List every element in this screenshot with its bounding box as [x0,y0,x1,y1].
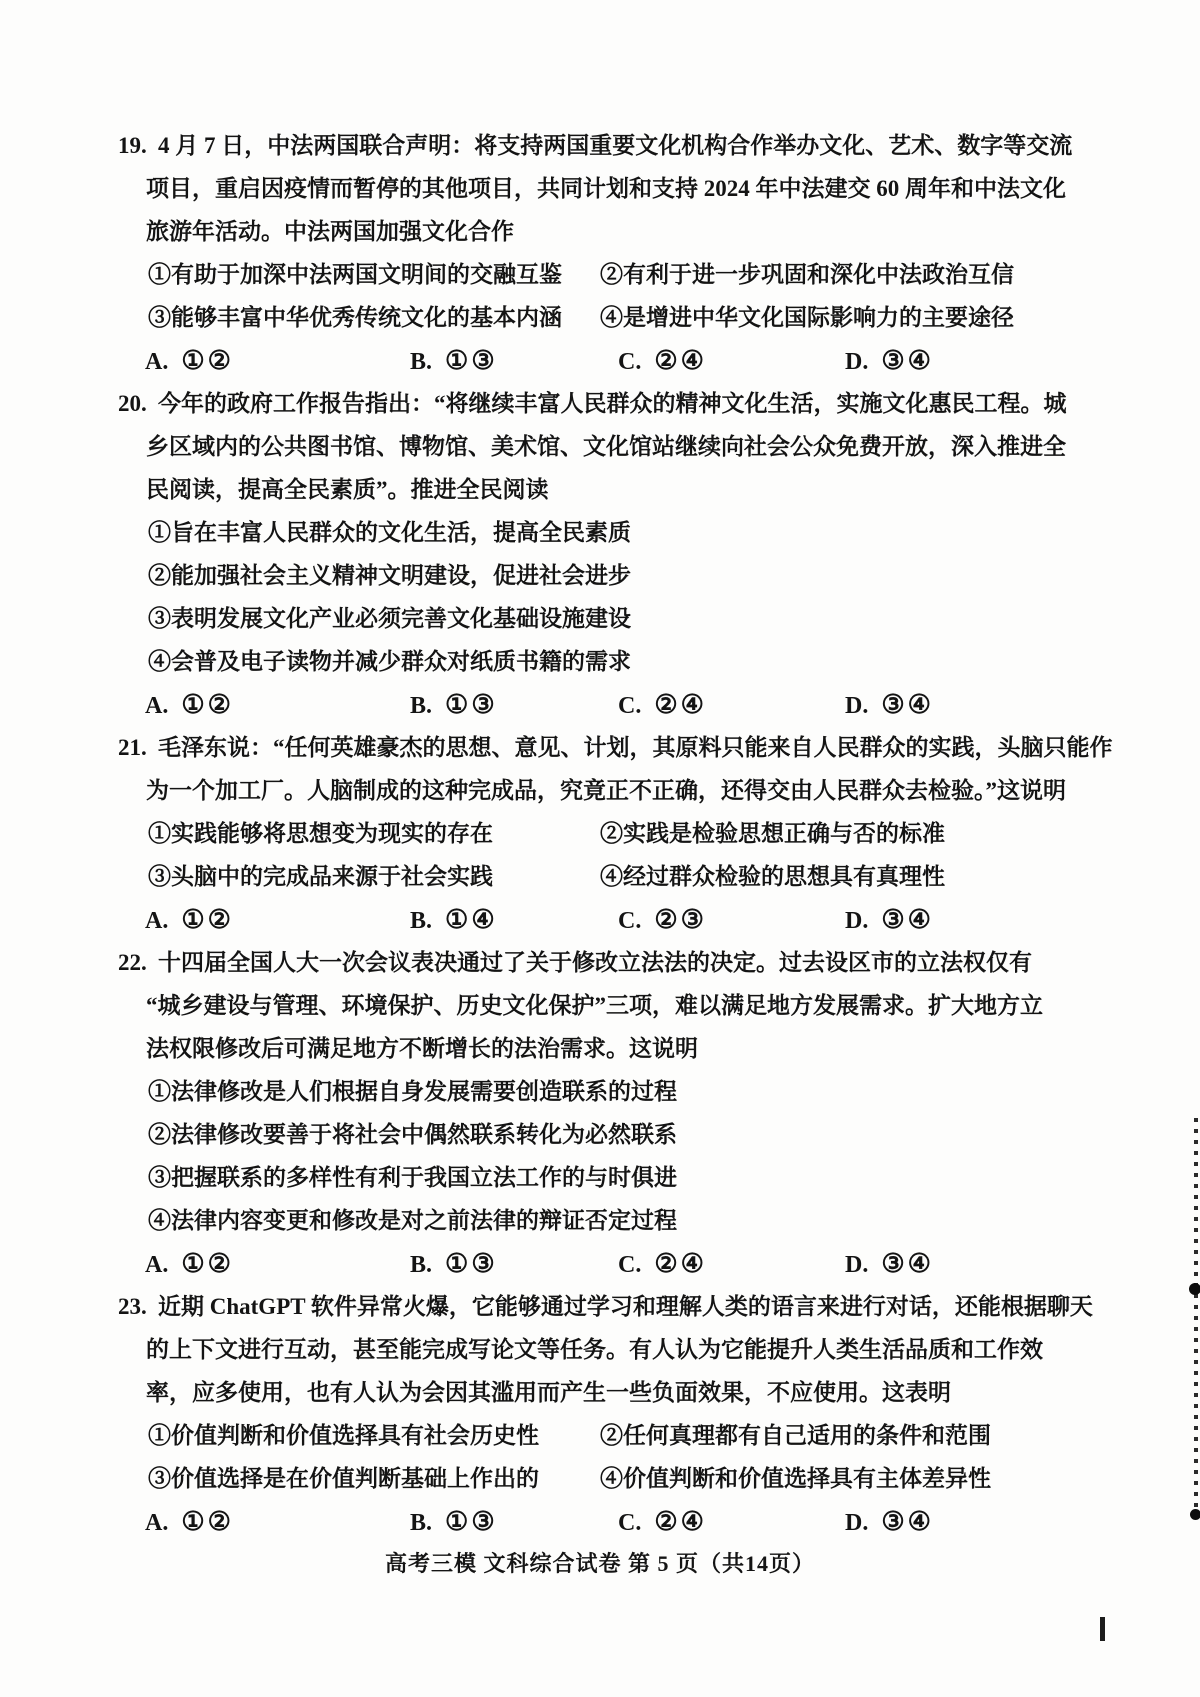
answer-letter: A. [145,693,168,719]
option-item: ④是增进中华文化国际影响力的主要途径 [600,296,1100,339]
answer-choice: D.③④ [845,1242,934,1287]
option-item: ①旨在丰富人民群众的文化生活，提高全民素质 [148,520,631,545]
margin-dot [1189,1283,1200,1295]
option-item: ②实践是检验思想正确与否的标准 [600,812,1100,855]
option-row: ③能够丰富中华优秀传统文化的基本内涵④是增进中华文化国际影响力的主要途径 [118,296,1100,339]
answer-combo: ①② [181,1507,234,1536]
answer-combo: ②④ [654,1249,707,1278]
answer-combo: ③④ [881,1249,934,1278]
answer-letter: A. [145,349,168,375]
option-row: ③头脑中的完成品来源于社会实践④经过群众检验的思想具有真理性 [118,855,1100,898]
option-item: ①价值判断和价值选择具有社会历史性 [148,1414,600,1457]
option-item: ②能加强社会主义精神文明建设，促进社会进步 [148,563,631,588]
page-footer: 高考三模 文科综合试卷 第 5 页（共14页） [0,1547,1200,1578]
answer-combo: ①② [181,346,234,375]
answer-choice: D.③④ [845,898,934,943]
option-item: ④价值判断和价值选择具有主体差异性 [600,1457,1100,1500]
question-20: 20.今年的政府工作报告指出：“将继续丰富人民群众的精神文化生活，实施文化惠民工… [118,382,1100,726]
answer-row: A.①②B.①③C.②④D.③④ [118,339,1100,382]
stem-line: 法权限修改后可满足地方不断增长的法治需求。这说明 [118,1027,1100,1070]
margin-dot [1190,1509,1200,1520]
option-row: ①旨在丰富人民群众的文化生活，提高全民素质 [118,511,1100,554]
question-number: 23. [118,1285,158,1328]
option-row: ③价值选择是在价值判断基础上作出的④价值判断和价值选择具有主体差异性 [118,1457,1100,1500]
option-item: ①有助于加深中法两国文明间的交融互鉴 [148,253,600,296]
answer-choice: B.①④ [410,898,498,943]
question-number: 19. [118,124,158,167]
answer-combo: ②④ [654,346,707,375]
stem-text: 民阅读，提高全民素质”。推进全民阅读 [146,477,549,502]
option-row: ③把握联系的多样性有利于我国立法工作的与时俱进 [118,1156,1100,1199]
option-item: ④经过群众检验的思想具有真理性 [600,855,1100,898]
answer-row: A.①②B.①③C.②④D.③④ [118,683,1100,726]
answer-choice: A.①② [145,898,234,943]
stem-text: 为一个加工厂。人脑制成的这种完成品，究竟正不正确，还得交由人民群众去检验。”这说… [146,778,1066,803]
stem-text: 乡区域内的公共图书馆、博物馆、美术馆、文化馆站继续向社会公众免费开放，深入推进全 [146,434,1066,459]
stem-text: 近期 ChatGPT 软件异常火爆，它能够通过学习和理解人类的语言来进行对话，还… [158,1294,1093,1319]
question-number: 22. [118,941,158,984]
stem-line: 旅游年活动。中法两国加强文化合作 [118,210,1100,253]
option-item: ④会普及电子读物并减少群众对纸质书籍的需求 [148,649,631,674]
answer-combo: ①② [181,905,234,934]
answer-letter: D. [845,1252,868,1278]
answer-letter: C. [618,349,641,375]
option-row: ①实践能够将思想变为现实的存在②实践是检验思想正确与否的标准 [118,812,1100,855]
answer-combo: ①③ [445,346,498,375]
answer-row: A.①②B.①③C.②④D.③④ [118,1242,1100,1285]
question-number: 21. [118,726,158,769]
answer-choice: B.①③ [410,339,498,384]
question-23: 23.近期 ChatGPT 软件异常火爆，它能够通过学习和理解人类的语言来进行对… [118,1285,1100,1543]
option-item: ②法律修改要善于将社会中偶然联系转化为必然联系 [148,1122,677,1147]
answer-combo: ①③ [445,1507,498,1536]
stem-line: 的上下文进行互动，甚至能完成写论文等任务。有人认为它能提升人类生活品质和工作效 [118,1328,1100,1371]
answer-row: A.①②B.①④C.②③D.③④ [118,898,1100,941]
option-item: ①法律修改是人们根据自身发展需要创造联系的过程 [148,1079,677,1104]
option-item: ④法律内容变更和修改是对之前法律的辩证否定过程 [148,1208,677,1233]
answer-choice: C.②③ [618,898,707,943]
answer-combo: ①④ [445,905,498,934]
answer-combo: ①③ [445,1249,498,1278]
answer-combo: ③④ [881,1507,934,1536]
question-19: 19.4 月 7 日，中法两国联合声明：将支持两国重要文化机构合作举办文化、艺术… [118,124,1100,382]
stem-line: 21.毛泽东说：“任何英雄豪杰的思想、意见、计划，其原料只能来自人民群众的实践，… [118,726,1100,769]
answer-combo: ③④ [881,690,934,719]
stem-line: 22.十四届全国人大一次会议表决通过了关于修改立法法的决定。过去设区市的立法权仅… [118,941,1100,984]
option-row: ①价值判断和价值选择具有社会历史性②任何真理都有自己适用的条件和范围 [118,1414,1100,1457]
answer-letter: A. [145,1252,168,1278]
option-item: ①实践能够将思想变为现实的存在 [148,812,600,855]
answer-row: A.①②B.①③C.②④D.③④ [118,1500,1100,1543]
option-row: ②能加强社会主义精神文明建设，促进社会进步 [118,554,1100,597]
stem-text: 旅游年活动。中法两国加强文化合作 [146,219,514,244]
margin-dotted-line [1194,1118,1198,1520]
option-item: ②有利于进一步巩固和深化中法政治互信 [600,253,1100,296]
answer-combo: ③④ [881,905,934,934]
answer-choice: C.②④ [618,339,707,384]
answer-letter: D. [845,908,868,934]
answer-choice: A.①② [145,339,234,384]
answer-combo: ②③ [654,905,707,934]
stem-line: 率，应多使用，也有人认为会因其滥用而产生一些负面效果，不应使用。这表明 [118,1371,1100,1414]
stem-text: 今年的政府工作报告指出：“将继续丰富人民群众的精神文化生活，实施文化惠民工程。城 [158,391,1067,416]
stem-text: 毛泽东说：“任何英雄豪杰的思想、意见、计划，其原料只能来自人民群众的实践，头脑只… [158,735,1113,760]
answer-choice: B.①③ [410,1242,498,1287]
stem-line: 乡区域内的公共图书馆、博物馆、美术馆、文化馆站继续向社会公众免费开放，深入推进全 [118,425,1100,468]
answer-letter: B. [410,349,432,375]
option-item: ②任何真理都有自己适用的条件和范围 [600,1414,1100,1457]
option-row: ②法律修改要善于将社会中偶然联系转化为必然联系 [118,1113,1100,1156]
answer-choice: D.③④ [845,339,934,384]
stem-text: 的上下文进行互动，甚至能完成写论文等任务。有人认为它能提升人类生活品质和工作效 [146,1337,1043,1362]
stem-text: 4 月 7 日，中法两国联合声明：将支持两国重要文化机构合作举办文化、艺术、数字… [158,133,1072,158]
stem-line: 19.4 月 7 日，中法两国联合声明：将支持两国重要文化机构合作举办文化、艺术… [118,124,1100,167]
answer-choice: A.①② [145,1500,234,1545]
answer-choice: A.①② [145,1242,234,1287]
stem-line: 23.近期 ChatGPT 软件异常火爆，它能够通过学习和理解人类的语言来进行对… [118,1285,1100,1328]
question-21: 21.毛泽东说：“任何英雄豪杰的思想、意见、计划，其原料只能来自人民群众的实践，… [118,726,1100,941]
stem-text: 率，应多使用，也有人认为会因其滥用而产生一些负面效果，不应使用。这表明 [146,1380,951,1405]
answer-choice: A.①② [145,683,234,728]
answer-letter: C. [618,693,641,719]
answer-choice: D.③④ [845,683,934,728]
answer-letter: B. [410,1510,432,1536]
option-item: ③价值选择是在价值判断基础上作出的 [148,1457,600,1500]
answer-choice: D.③④ [845,1500,934,1545]
option-item: ③表明发展文化产业必须完善文化基础设施建设 [148,606,631,631]
stem-line: 民阅读，提高全民素质”。推进全民阅读 [118,468,1100,511]
answer-combo: ②④ [654,1507,707,1536]
answer-letter: D. [845,1510,868,1536]
option-item: ③能够丰富中华优秀传统文化的基本内涵 [148,296,600,339]
answer-choice: C.②④ [618,1242,707,1287]
option-row: ①法律修改是人们根据自身发展需要创造联系的过程 [118,1070,1100,1113]
stem-line: “城乡建设与管理、环境保护、历史文化保护”三项，难以满足地方发展需求。扩大地方立 [118,984,1100,1027]
answer-letter: C. [618,908,641,934]
stem-text: 项目，重启因疫情而暂停的其他项目，共同计划和支持 2024 年中法建交 60 周… [146,176,1066,201]
answer-letter: D. [845,349,868,375]
answer-letter: B. [410,693,432,719]
answer-choice: B.①③ [410,1500,498,1545]
stem-text: 法权限修改后可满足地方不断增长的法治需求。这说明 [146,1036,698,1061]
answer-letter: B. [410,908,432,934]
answer-combo: ②④ [654,690,707,719]
stem-line: 20.今年的政府工作报告指出：“将继续丰富人民群众的精神文化生活，实施文化惠民工… [118,382,1100,425]
option-row: ④法律内容变更和修改是对之前法律的辩证否定过程 [118,1199,1100,1242]
answer-choice: B.①③ [410,683,498,728]
option-row: ④会普及电子读物并减少群众对纸质书籍的需求 [118,640,1100,683]
scan-speck [1100,1617,1105,1641]
question-number: 20. [118,382,158,425]
scanned-exam-page: 19.4 月 7 日，中法两国联合声明：将支持两国重要文化机构合作举办文化、艺术… [0,0,1200,1697]
answer-choice: C.②④ [618,683,707,728]
answer-letter: A. [145,908,168,934]
stem-line: 为一个加工厂。人脑制成的这种完成品，究竟正不正确，还得交由人民群众去检验。”这说… [118,769,1100,812]
answer-letter: B. [410,1252,432,1278]
answer-combo: ①② [181,690,234,719]
stem-text: 十四届全国人大一次会议表决通过了关于修改立法法的决定。过去设区市的立法权仅有 [158,950,1032,975]
question-22: 22.十四届全国人大一次会议表决通过了关于修改立法法的决定。过去设区市的立法权仅… [118,941,1100,1285]
option-row: ①有助于加深中法两国文明间的交融互鉴②有利于进一步巩固和深化中法政治互信 [118,253,1100,296]
answer-letter: C. [618,1252,641,1278]
answer-letter: D. [845,693,868,719]
option-item: ③把握联系的多样性有利于我国立法工作的与时俱进 [148,1165,677,1190]
answer-letter: C. [618,1510,641,1536]
option-item: ③头脑中的完成品来源于社会实践 [148,855,600,898]
stem-line: 项目，重启因疫情而暂停的其他项目，共同计划和支持 2024 年中法建交 60 周… [118,167,1100,210]
answer-combo: ①② [181,1249,234,1278]
answer-combo: ③④ [881,346,934,375]
question-list: 19.4 月 7 日，中法两国联合声明：将支持两国重要文化机构合作举办文化、艺术… [118,124,1100,1543]
answer-combo: ①③ [445,690,498,719]
answer-letter: A. [145,1510,168,1536]
answer-choice: C.②④ [618,1500,707,1545]
option-row: ③表明发展文化产业必须完善文化基础设施建设 [118,597,1100,640]
stem-text: “城乡建设与管理、环境保护、历史文化保护”三项，难以满足地方发展需求。扩大地方立 [146,993,1043,1018]
